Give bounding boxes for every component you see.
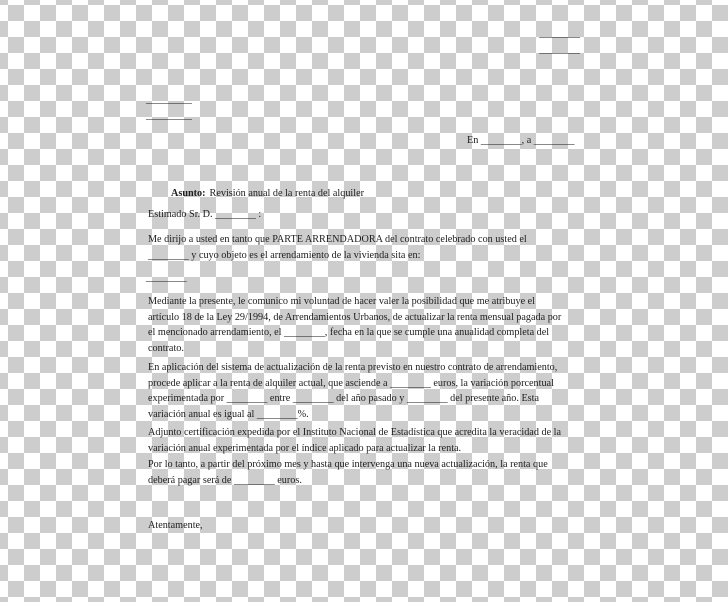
subject-text: Revisión anual de la renta del alquiler <box>210 188 364 199</box>
letter-document-canvas: ________ ________ _________ _________ En… <box>0 0 728 602</box>
date-place-line: En ________, a ________ <box>467 133 575 149</box>
subject-label: Asunto: <box>171 188 206 199</box>
sender-blank-lines: _________ _________ <box>146 92 192 123</box>
paragraph-update-notice: Mediante la presente, le comunico mi vol… <box>148 294 561 356</box>
closing: Atentamente, <box>148 518 203 534</box>
subject-line: Asunto:Revisión anual de la renta del al… <box>171 170 364 201</box>
address-blank-line: ________ <box>146 270 187 286</box>
paragraph-certificate: Adjunto certificación expedida por el In… <box>148 425 561 456</box>
paragraph-calculation: En aplicación del sistema de actualizaci… <box>148 360 557 422</box>
paragraph-new-rent: Por lo tanto, a partir del próximo mes y… <box>148 457 548 488</box>
salutation: Estimado Sr. D. ________ : <box>148 207 261 223</box>
letterhead-blank-lines: ________ ________ <box>539 26 580 57</box>
paragraph-introduction: Me dirijo a usted en tanto que PARTE ARR… <box>148 232 527 263</box>
